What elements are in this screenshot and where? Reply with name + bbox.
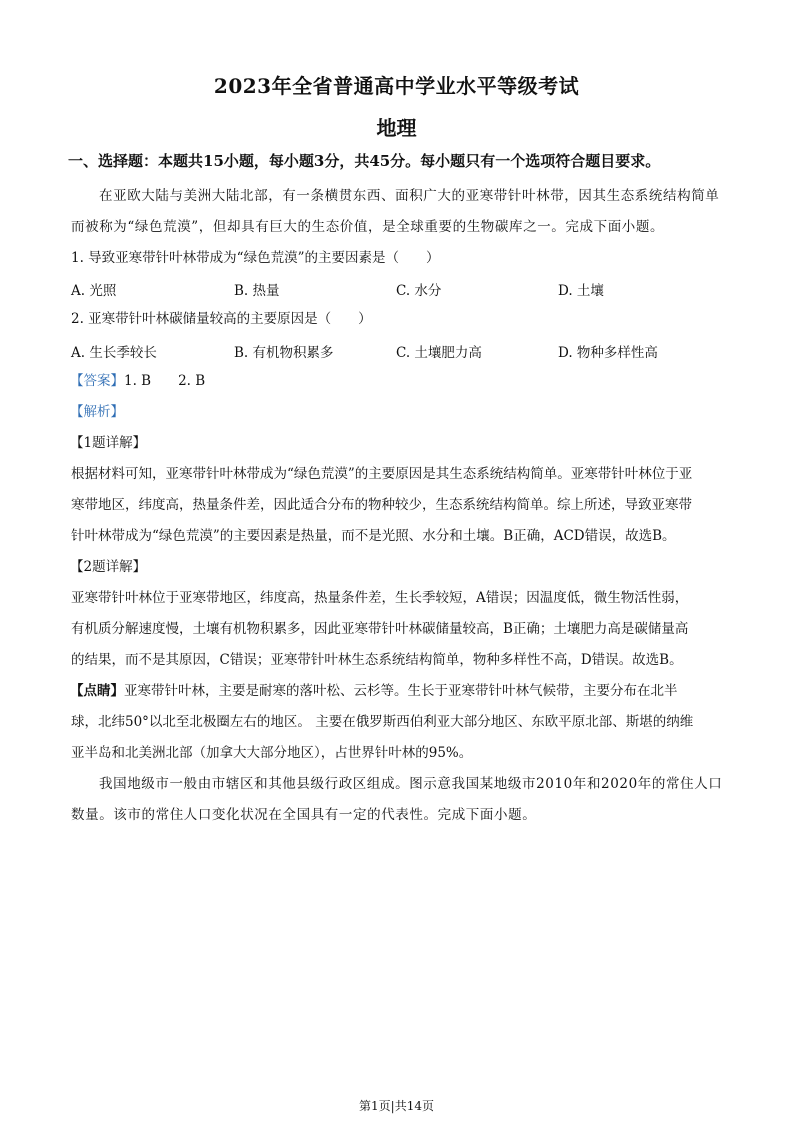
question-2-stem: 2. 亚寒带针叶林碳储量较高的主要原因是（ ） [71,310,372,328]
detail2-line-2: 有机质分解速度慢，土壤有机物积累多，因此亚寒带针叶林碳储量较高，B正确；土壤肥力… [71,620,688,638]
analysis-label: 【解析】 [70,403,124,421]
q1-option-d: D. 土壤 [558,279,604,299]
exam-title: 2023年全省普通高中学业水平等级考试 [0,70,793,99]
q1-option-c: C. 水分 [396,279,441,299]
highlight-line-2: 球，北纬50°以北至北极圈左右的地区。 主要在俄罗斯西伯利亚大部分地区、东欧平原… [71,713,693,731]
highlight-text: 亚寒带针叶林，主要是耐寒的落叶松、云杉等。生长于亚寒带针叶林气候带，主要分布在北… [124,683,678,699]
passage2-line-2: 数量。该市的常住人口变化状况在全国具有一定的代表性。完成下面小题。 [71,806,536,824]
detail2-line-3: 的结果，而不是其原因，C错误；亚寒带针叶林生态系统结构简单，物种多样性不高，D错… [71,651,683,669]
q1-option-b: B. 热量 [234,279,280,299]
q2-option-b: B. 有机物积累多 [234,341,334,361]
q2-option-c: C. 土壤肥力高 [396,341,482,361]
q2-option-d: D. 物种多样性高 [558,341,658,361]
section-heading: 一、选择题：本题共15小题，每小题3分，共45分。每小题只有一个选项符合题目要求… [68,150,660,171]
question-1-stem: 1. 导致亚寒带针叶林带成为“绿色荒漠”的主要因素是（ ） [71,249,439,267]
highlight-line-3: 亚半岛和北美洲北部（加拿大大部分地区），占世界针叶林的95%。 [71,744,472,762]
page-number: 第1页|共14页 [0,1097,793,1114]
answer-row: 【答案】1. B 2. B [70,372,205,390]
detail1-label: 【1题详解】 [70,434,146,452]
answer-label: 【答案】 [70,373,124,389]
q2-option-a: A. 生长季较长 [71,341,157,361]
exam-page: 2023年全省普通高中学业水平等级考试 地理 一、选择题：本题共15小题，每小题… [0,0,793,1122]
q1-option-a: A. 光照 [71,279,116,299]
highlight-line-1: 【点睛】亚寒带针叶林，主要是耐寒的落叶松、云杉等。生长于亚寒带针叶林气候带，主要… [70,682,678,700]
highlight-label: 【点睛】 [70,683,124,699]
answer-value: 1. B 2. B [124,373,205,389]
detail1-line-2: 寒带地区，纬度高，热量条件差，因此适合分布的物种较少，生态系统结构简单。综上所述… [71,496,692,514]
detail2-label: 【2题详解】 [70,558,146,576]
detail1-line-1: 根据材料可知，亚寒带针叶林带成为“绿色荒漠”的主要原因是其生态系统结构简单。亚寒… [71,465,692,483]
passage2-line-1: 我国地级市一般由市辖区和其他县级行政区组成。图示意我国某地级市2010年和202… [99,775,722,793]
detail1-line-3: 针叶林带成为“绿色荒漠”的主要因素是热量，而不是光照、水分和土壤。B正确，ACD… [71,527,676,545]
detail2-line-1: 亚寒带针叶林位于亚寒带地区，纬度高，热量条件差，生长季较短，A错误；因温度低，微… [71,589,688,607]
passage1-line-2: 而被称为“绿色荒漠”，但却具有巨大的生态价值，是全球重要的生物碳库之一。完成下面… [71,218,664,236]
subject-title: 地理 [0,112,793,141]
passage1-line-1: 在亚欧大陆与美洲大陆北部，有一条横贯东西、面积广大的亚寒带针叶林带，因其生态系统… [99,187,719,205]
